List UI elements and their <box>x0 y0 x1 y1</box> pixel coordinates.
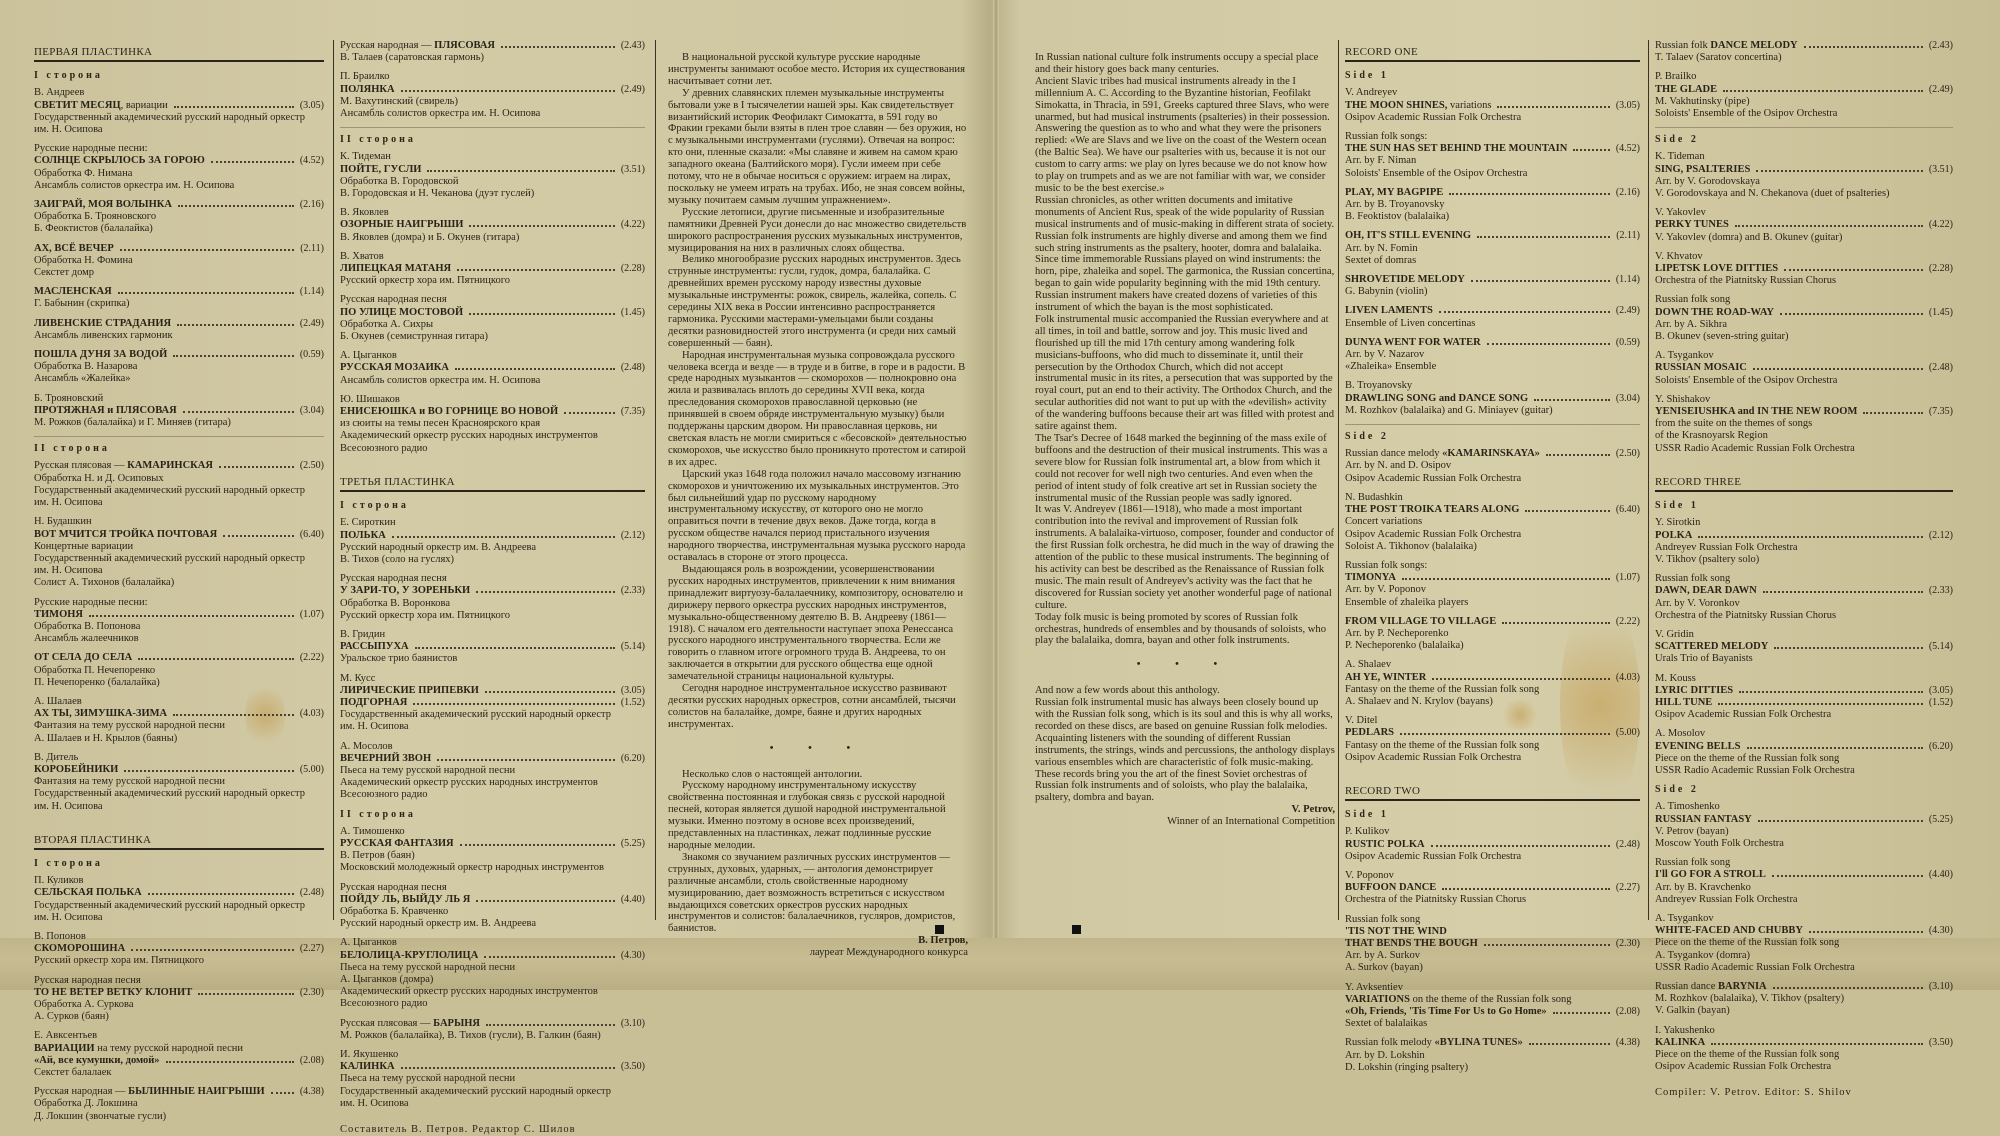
track-title-text: ПОЙТЕ, ГУСЛИ <box>340 164 421 175</box>
track-duration: (4.52) <box>300 155 324 167</box>
track-note: Обработка А. Сихры <box>340 319 645 331</box>
track-title: Russian folk DANCE MELODY <box>1655 40 1798 52</box>
leader-dots <box>124 770 294 772</box>
signature-title: лауреат Международного конкурса <box>810 947 968 958</box>
track-note: Государственный академический русский на… <box>34 900 324 912</box>
track-duration: (0.59) <box>300 349 324 361</box>
track-duration: (5.00) <box>300 764 324 776</box>
track-duration: (3.04) <box>1616 393 1640 405</box>
track-composer: Е. Сироткин <box>340 517 645 529</box>
track-title-row: СОЛНЦЕ СКРЫЛОСЬ ЗА ГОРОЮ(4.52) <box>34 155 324 167</box>
track-composer: V. Ditel <box>1345 715 1640 727</box>
track-title: DUNYA WENT FOR WATER <box>1345 337 1481 349</box>
track-note: Русский оркестр хора им. Пятницкого <box>34 955 324 967</box>
side-label: I сторона <box>34 858 324 870</box>
track-composer: В. Дитель <box>34 752 324 764</box>
track-title-text: SHROVETIDE MELODY <box>1345 274 1465 285</box>
track-duration: (5.00) <box>1616 727 1640 739</box>
track-composer: А. Цыганков <box>340 350 645 362</box>
track-title-row: РАССЫПУХА(5.14) <box>340 641 645 653</box>
track-note: Arr. by A. Surkov <box>1345 950 1640 962</box>
track-entry: Russian folk songDOWN THE ROAD-WAY(1.45)… <box>1655 294 1953 343</box>
track-title-text: BARYNIA <box>1718 981 1767 990</box>
track-title: THE SUN HAS SET BEHIND THE MOUNTAIN <box>1345 143 1567 155</box>
track-title: THE POST TROIKA TEARS ALONG <box>1345 504 1519 516</box>
track-composer: Russian folk songs: <box>1345 560 1640 572</box>
leader-dots <box>437 759 615 761</box>
track-entry: Б. ТрояновскийПРОТЯЖНАЯ и ПЛЯСОВАЯ(3.04)… <box>34 393 324 430</box>
track-duration: (7.35) <box>1929 406 1953 418</box>
track-composer: B. Troyanovsky <box>1345 380 1640 392</box>
track-title: ОЗОРНЫЕ НАИГРЫШИ <box>340 219 463 231</box>
leader-dots <box>392 536 615 538</box>
track-entry: ПОШЛА ДУНЯ ЗА ВОДОЙ(0.59)Обработка В. На… <box>34 349 324 386</box>
track-title-text: RUSTIC POLKA <box>1345 839 1425 850</box>
track-duration: (4.22) <box>1929 219 1953 231</box>
track-title-text: ВЕЧЕРНИЙ ЗВОН <box>340 753 431 764</box>
track-composer: N. Budashkin <box>1345 492 1640 504</box>
track-note: Б. Феоктистов (балалайка) <box>34 223 324 235</box>
leader-dots <box>1477 236 1610 238</box>
track-composer: А. Мосолов <box>340 741 645 753</box>
track-title-text: У ЗАРИ-ТО, У ЗОРЕНЬКИ <box>340 585 470 596</box>
track-title-row: AH YE, WINTER(4.03) <box>1345 672 1640 684</box>
track-title-row: Russian dance BARYNIA(3.10) <box>1655 981 1953 990</box>
track-note: Ансамбль солистов оркестра им. Н. Осипов… <box>340 375 645 387</box>
track-note: из сюиты на темы песен Красноярского кра… <box>340 418 645 430</box>
leader-dots <box>118 292 294 294</box>
track-entry: Russian folk songs:TIMONYA(1.07)Arr. by … <box>1345 560 1640 609</box>
track-title: ПРОТЯЖНАЯ и ПЛЯСОВАЯ <box>34 405 177 417</box>
track-duration: (7.35) <box>621 406 645 418</box>
track-entry: В. ГридинРАССЫПУХА(5.14)Уральское трио б… <box>340 629 645 666</box>
track-title: DRAWLING SONG and DANCE SONG <box>1345 393 1528 405</box>
track-composer: В. Яковлев <box>340 207 645 219</box>
track-composer: Б. Трояновский <box>34 393 324 405</box>
track-note: Soloists' Ensemble of the Osipov Orchest… <box>1345 168 1640 180</box>
track-composer: П. Браилко <box>340 71 645 83</box>
track-title-row: КОРОБЕЙНИКИ(5.00) <box>34 764 324 776</box>
track-duration: (5.25) <box>621 838 645 850</box>
track-composer: A. Tsygankov <box>1655 350 1953 362</box>
track-title-row: СЕЛЬСКАЯ ПОЛЬКА(2.48) <box>34 887 324 899</box>
track-title-text: DANCE MELODY <box>1710 40 1797 51</box>
leader-dots <box>469 313 615 315</box>
spacer <box>1345 771 1640 779</box>
track-note: Concert variations <box>1345 516 1640 528</box>
track-composer: Russian folk song <box>1655 857 1953 869</box>
track-duration: (1.14) <box>300 286 324 298</box>
track-duration: (2.16) <box>1616 187 1640 199</box>
track-duration: (4.03) <box>1616 672 1640 684</box>
track-note: Arr. by B. Troyanovsky <box>1345 199 1640 211</box>
track-duration: (2.22) <box>300 652 324 664</box>
track-entry: LIVEN LAMENTS(2.49)Ensemble of Liven con… <box>1345 305 1640 329</box>
leader-dots <box>485 691 615 693</box>
track-duration: (6.20) <box>621 753 645 765</box>
track-duration: (5.14) <box>1929 641 1953 653</box>
track-title-text: THE POST TROIKA TEARS ALONG <box>1345 504 1519 515</box>
section-bullets: • • • <box>1035 659 1335 671</box>
track-title: ОТ СЕЛА ДО СЕЛА <box>34 652 132 664</box>
track-entry: V. YakovlevPERKY TUNES(4.22)V. Yakovlev … <box>1655 207 1953 244</box>
track-title: LYRIC DITTIES <box>1655 685 1733 697</box>
leader-dots <box>1502 622 1610 624</box>
signature: V. Petrov,Winner of an International Com… <box>1035 804 1335 828</box>
track-title-row: ПОЙДУ ЛЬ, ВЫЙДУ ЛЬ Я(4.40) <box>340 894 645 906</box>
track-duration: (1.52) <box>1929 697 1953 709</box>
essay-paragraph: Russian chronicles, as other written doc… <box>1035 195 1335 231</box>
essay-paragraph: Today folk music is being promoted by sc… <box>1035 612 1335 648</box>
track-note: Государственный академический русский на… <box>34 485 324 497</box>
track-title-row: ПРОТЯЖНАЯ и ПЛЯСОВАЯ(3.04) <box>34 405 324 417</box>
track-entry: Russian folk DANCE MELODY(2.43)T. Talaev… <box>1655 40 1953 64</box>
track-duration: (2.50) <box>300 460 324 472</box>
en-essay: In Russian national culture folk instrum… <box>1035 52 1335 828</box>
track-title-text: ЛИРИЧЕСКИЕ ПРИПЕВКИ <box>340 685 479 696</box>
track-prefix: Русская плясовая — <box>34 460 127 471</box>
track-note: Fantasy on the theme of the Russian folk… <box>1345 684 1640 696</box>
track-duration: (2.11) <box>1616 230 1640 242</box>
leader-dots <box>1442 888 1610 890</box>
track-title: СВЕТИТ МЕСЯЦ, вариации <box>34 100 168 112</box>
record-heading: ВТОРАЯ ПЛАСТИНКА <box>34 834 324 850</box>
leader-dots <box>211 161 294 163</box>
side-label: Side 2 <box>1345 431 1640 443</box>
leader-dots <box>1402 578 1610 580</box>
track-title-text: PLAY, MY BAGPIPE <box>1345 187 1443 198</box>
registration-mark <box>935 925 944 934</box>
track-note: М. Вахутинский (свирель) <box>340 96 645 108</box>
track-title: ЛИРИЧЕСКИЕ ПРИПЕВКИ <box>340 685 479 697</box>
track-entry: A. TsygankovWHITE-FACED AND CHUBBY(4.30)… <box>1655 913 1953 974</box>
track-note: Обработка П. Нечепоренко <box>34 665 324 677</box>
signature-name: V. Petrov, <box>1035 804 1335 816</box>
side-label: Side 1 <box>1655 500 1953 512</box>
essay-paragraph: And now a few words about this anthology… <box>1035 685 1335 697</box>
track-duration: (2.33) <box>621 585 645 597</box>
leader-dots <box>183 411 294 413</box>
track-duration: (2.48) <box>300 887 324 899</box>
track-composer: А. Шалаев <box>34 696 324 708</box>
track-note: Osipov Academic Russian Folk Orchestra <box>1345 529 1640 541</box>
en-tracklist-column-1: RECORD ONESide 1V. AndreyevTHE MOON SHIN… <box>1345 40 1640 990</box>
track-duration: (3.10) <box>1929 981 1953 990</box>
track-entry: B. TroyanovskyDRAWLING SONG and DANCE SO… <box>1345 380 1640 417</box>
track-composer: Y. Avksentiev <box>1345 982 1640 990</box>
leader-dots <box>455 368 615 370</box>
leader-dots <box>1471 280 1610 282</box>
track-title: AH YE, WINTER <box>1345 672 1426 684</box>
track-title: ПО УЛИЦЕ МОСТОВОЙ <box>340 307 463 319</box>
track-note: Orchestra of the Piatnitsky Russian Chor… <box>1655 275 1953 287</box>
track-duration: (3.04) <box>300 405 324 417</box>
track-title-row: РУССКАЯ МОЗАИКА(2.48) <box>340 362 645 374</box>
track-note: В. Талаев (саратовская гармонь) <box>340 52 645 64</box>
track-duration: (3.05) <box>300 100 324 112</box>
track-title-text: ПО УЛИЦЕ МОСТОВОЙ <box>340 307 463 318</box>
track-entry: Е. СироткинПОЛЬКА(2.12)Русский народный … <box>340 517 645 566</box>
registration-mark <box>1072 925 1081 934</box>
track-entry: A. MosolovEVENING BELLS(6.20)Piece on th… <box>1655 728 1953 777</box>
track-note: Обработка В. Воронкова <box>340 598 645 610</box>
track-title-text: RUSSIAN FANTASY <box>1655 814 1752 825</box>
track-title: МАСЛЕНСКАЯ <box>34 286 112 298</box>
track-entry: Russian folk songDAWN, DEAR DAWN(2.33)Ar… <box>1655 573 1953 622</box>
track-duration: (3.51) <box>621 164 645 176</box>
track-note: Московский молодежный оркестр народных и… <box>340 862 645 874</box>
track-title: RUSTIC POLKA <box>1345 839 1425 851</box>
track-title-text: LIPETSK LOVE DITTIES <box>1655 263 1778 274</box>
leader-dots <box>501 46 615 48</box>
track-title: RUSSIAN FANTASY <box>1655 814 1752 826</box>
track-note: G. Babynin (violin) <box>1345 286 1640 298</box>
track-title-text: КОРОБЕЙНИКИ <box>34 764 118 775</box>
track-note: Уральское трио баянистов <box>340 653 645 665</box>
track-note: В. Городовская и Н. Чеканова (дуэт гусле… <box>340 188 645 200</box>
track-entry: V. KhvatovLIPETSK LOVE DITTIES(2.28)Orch… <box>1655 251 1953 288</box>
track-entry: Russian folk song'TIS NOT THE WINDTHAT B… <box>1345 914 1640 975</box>
track-title-row: PLAY, MY BAGPIPE(2.16) <box>1345 187 1640 199</box>
track-entry: K. TidemanSING, PSALTERIES(3.51)Arr. by … <box>1655 151 1953 200</box>
track-title: СЕЛЬСКАЯ ПОЛЬКА <box>34 887 142 899</box>
track-note: Обработка В. Назарова <box>34 361 324 373</box>
track-title-row: DRAWLING SONG and DANCE SONG(3.04) <box>1345 393 1640 405</box>
track-title-text: «KAMARINSKAYA» <box>1442 448 1540 459</box>
track-title-row: СКОМОРОШИНА(2.27) <box>34 943 324 955</box>
track-composer: Русские народные песни: <box>34 143 324 155</box>
track-title: THAT BENDS THE BOUGH <box>1345 938 1478 950</box>
side-label: Side 1 <box>1345 809 1640 821</box>
track-note: А. Цыганков (домра) <box>340 974 645 986</box>
track-title-text: ОТ СЕЛА ДО СЕЛА <box>34 652 132 663</box>
track-title: ВОТ МЧИТСЯ ТРОЙКА ПОЧТОВАЯ <box>34 529 217 541</box>
track-entry: Н. БудашкинВОТ МЧИТСЯ ТРОЙКА ПОЧТОВАЯ(6.… <box>34 516 324 589</box>
track-note: Обработка В. Городовской <box>340 176 645 188</box>
track-title-text: HILL TUNE <box>1655 697 1712 708</box>
track-title-text: МАСЛЕНСКАЯ <box>34 286 112 297</box>
track-title: РАССЫПУХА <box>340 641 409 653</box>
track-note: Концертные вариации <box>34 541 324 553</box>
leader-dots <box>1573 149 1610 151</box>
track-composer: А. Тимошенко <box>340 826 645 838</box>
leader-dots <box>1739 691 1923 693</box>
leader-dots <box>1484 944 1610 946</box>
track-composer: Russian folk song <box>1655 294 1953 306</box>
track-note: V. Tikhov (psaltery solo) <box>1655 554 1953 566</box>
track-title-row: ЗАИГРАЙ, МОЯ ВОЛЫНКА(2.16) <box>34 199 324 211</box>
track-entry: A. TsygankovRUSSIAN MOSAIC(2.48)Soloists… <box>1655 350 1953 387</box>
side-separator <box>1345 424 1640 425</box>
track-title: DAWN, DEAR DAWN <box>1655 585 1757 597</box>
essay-paragraph: Знакомя со звучанием различных русских и… <box>668 852 968 935</box>
spacer <box>340 462 645 470</box>
essay-paragraph: In Russian national culture folk instrum… <box>1035 52 1335 76</box>
track-title-row: HILL TUNE(1.52) <box>1655 697 1953 709</box>
track-entry: ЗАИГРАЙ, МОЯ ВОЛЫНКА(2.16)Обработка Б. Т… <box>34 199 324 236</box>
track-duration: (2.49) <box>621 84 645 96</box>
track-note: Обработка Б. Трояновского <box>34 211 324 223</box>
track-entry: Русская плясовая — КАМАРИНСКАЯ(2.50)Обра… <box>34 460 324 509</box>
track-title-suffix: , вариации <box>121 100 168 111</box>
track-title-row: ПОЛЯНКА(2.49) <box>340 84 645 96</box>
track-title: ПОЙДУ ЛЬ, ВЫЙДУ ЛЬ Я <box>340 894 470 906</box>
track-prefix: Русская народная — <box>340 40 434 51</box>
track-composer: М. Кусс <box>340 673 645 685</box>
track-entry: В. ЯковлевОЗОРНЫЕ НАИГРЫШИ(4.22)В. Яковл… <box>340 207 645 244</box>
essay-paragraph: Ancient Slavic tribes had musical instru… <box>1035 76 1335 195</box>
track-title-row: АХ ТЫ, ЗИМУШКА-ЗИМА(4.03) <box>34 708 324 720</box>
track-note: Пьеса на тему русской народной песни <box>340 962 645 974</box>
leader-dots <box>1431 845 1610 847</box>
track-title-text: BUFFOON DANCE <box>1345 882 1436 893</box>
leader-dots <box>1780 313 1923 315</box>
track-composer: P. Kulikov <box>1345 826 1640 838</box>
track-note: Arr. by A. Sikhra <box>1655 319 1953 331</box>
track-prefix: Russian dance melody <box>1345 448 1442 459</box>
leader-dots <box>89 615 294 617</box>
track-title-text: THAT BENDS THE BOUGH <box>1345 938 1478 949</box>
track-title-row: SING, PSALTERIES(3.51) <box>1655 164 1953 176</box>
track-entry: Русская народная — ПЛЯСОВАЯ(2.43)В. Тала… <box>340 40 645 64</box>
leader-dots <box>1546 454 1610 456</box>
track-title-row: POLKA(2.12) <box>1655 530 1953 542</box>
track-title-text: ОЗОРНЫЕ НАИГРЫШИ <box>340 219 463 230</box>
track-note: B. Feoktistov (balalaika) <box>1345 211 1640 223</box>
leader-dots <box>1753 368 1923 370</box>
track-duration: (2.49) <box>1929 84 1953 96</box>
track-duration: (2.28) <box>1929 263 1953 275</box>
track-title-text: PERKY TUNES <box>1655 219 1729 230</box>
track-note: им. Н. Осипова <box>34 565 324 577</box>
leader-dots <box>564 412 615 414</box>
track-note: Ансамбль «Жалейка» <box>34 373 324 385</box>
track-duration: (2.22) <box>1616 616 1640 628</box>
track-entry: V. DitelPEDLARS(5.00)Fantasy on the them… <box>1345 715 1640 764</box>
column-rule <box>1648 40 1649 920</box>
track-entry: SHROVETIDE MELODY(1.14)G. Babynin (violi… <box>1345 274 1640 298</box>
track-title-row: ВЕЧЕРНИЙ ЗВОН(6.20) <box>340 753 645 765</box>
leader-dots <box>174 106 294 108</box>
track-entry: А. ТимошенкоРУССКАЯ ФАНТАЗИЯ(5.25)В. Пет… <box>340 826 645 875</box>
track-duration: (2.43) <box>621 40 645 52</box>
track-title-row: SHROVETIDE MELODY(1.14) <box>1345 274 1640 286</box>
track-title: Russian dance BARYNIA <box>1655 981 1767 990</box>
leader-dots <box>1772 875 1923 877</box>
track-entry: OH, IT'S STILL EVENING(2.11)Arr. by N. F… <box>1345 230 1640 267</box>
track-composer: Y. Shishakov <box>1655 394 1953 406</box>
track-duration: (6.20) <box>1929 741 1953 753</box>
track-title: PERKY TUNES <box>1655 219 1729 231</box>
track-note: M. Vakhutinsky (pipe) <box>1655 96 1953 108</box>
track-note: Osipov Academic Russian Folk Orchestra <box>1345 851 1640 863</box>
track-title-row: ОЗОРНЫЕ НАИГРЫШИ(4.22) <box>340 219 645 231</box>
record-heading: RECORD ONE <box>1345 46 1640 62</box>
track-note: Orchestra of the Piatnitsky Russian Chor… <box>1345 894 1640 906</box>
track-duration: (4.52) <box>1616 143 1640 155</box>
track-duration: (6.40) <box>1616 504 1640 516</box>
track-note: В. Петров (баян) <box>340 850 645 862</box>
track-title: РУССКАЯ МОЗАИКА <box>340 362 449 374</box>
track-note: Г. Бабынин (скрипка) <box>34 298 324 310</box>
track-note: Arr. by V. Poponov <box>1345 584 1640 596</box>
track-title: ПОЛЬКА <box>340 530 386 542</box>
track-note: Обработка Н. и Д. Осиповых <box>34 473 324 485</box>
track-title-row: ВОТ МЧИТСЯ ТРОЙКА ПОЧТОВАЯ(6.40) <box>34 529 324 541</box>
track-entry: A. ShalaevAH YE, WINTER(4.03)Fantasy on … <box>1345 659 1640 708</box>
track-title-text: DOWN THE ROAD-WAY <box>1655 307 1774 318</box>
side-label: Side 1 <box>1345 70 1640 82</box>
track-note: from the suite on the themes of songs <box>1655 418 1953 430</box>
track-title: ЗАИГРАЙ, МОЯ ВОЛЫНКА <box>34 199 172 211</box>
leader-dots <box>219 466 294 468</box>
track-duration: (3.51) <box>1929 164 1953 176</box>
track-title-text: СОЛНЦЕ СКРЫЛОСЬ ЗА ГОРОЮ <box>34 155 205 166</box>
leader-dots <box>1863 412 1922 414</box>
track-title-row: ПО УЛИЦЕ МОСТОВОЙ(1.45) <box>340 307 645 319</box>
track-note: Русский оркестр хора им. Пятницкого <box>340 610 645 622</box>
track-title-text: EVENING BELLS <box>1655 741 1741 752</box>
track-title-text: АХ ТЫ, ЗИМУШКА-ЗИМА <box>34 708 167 719</box>
side-label: Side 2 <box>1655 134 1953 146</box>
track-note: Arr. by F. Niman <box>1345 155 1640 167</box>
essay-paragraph: Russian folk instrumental music has alwa… <box>1035 697 1335 733</box>
track-duration: (5.14) <box>621 641 645 653</box>
track-entry: Russian folk songI'll GO FOR A STROLL(4.… <box>1655 857 1953 906</box>
track-composer: Русские народные песни: <box>34 597 324 609</box>
track-duration: (1.45) <box>1929 307 1953 319</box>
track-title-text: БЕЛОЛИЦА-КРУГЛОЛИЦА <box>340 950 478 961</box>
column-rule <box>333 40 334 920</box>
track-note: Обработка Б. Кравченко <box>340 906 645 918</box>
signature: В. Петров,лауреат Международного конкурс… <box>668 935 968 959</box>
track-entry: Russian dance melody «KAMARINSKAYA»(2.50… <box>1345 448 1640 485</box>
track-entry: М. КуссЛИРИЧЕСКИЕ ПРИПЕВКИ(3.05)ПОДГОРНА… <box>340 673 645 734</box>
track-note: Русский оркестр хора им. Пятницкого <box>340 275 645 287</box>
track-title-text: YENISEIUSHKA and IN THE NEW ROOM <box>1655 406 1857 417</box>
track-entry: МАСЛЕНСКАЯ(1.14)Г. Бабынин (скрипка) <box>34 286 324 310</box>
track-entry: Y. ShishakovYENISEIUSHKA and IN THE NEW … <box>1655 394 1953 455</box>
track-title-row: АХ, ВСЁ ВЕЧЕР(2.11) <box>34 243 324 255</box>
track-note: Soloists' Ensemble of the Osipov Orchest… <box>1655 108 1953 120</box>
track-title-row: РУССКАЯ ФАНТАЗИЯ(5.25) <box>340 838 645 850</box>
track-title: SHROVETIDE MELODY <box>1345 274 1465 286</box>
track-note: Urals Trio of Bayanists <box>1655 653 1953 665</box>
track-note: Osipov Academic Russian Folk Orchestra <box>1345 112 1640 124</box>
track-note: Arr. by V. Voronkov <box>1655 598 1953 610</box>
track-title: АХ ТЫ, ЗИМУШКА-ЗИМА <box>34 708 167 720</box>
leader-dots <box>1756 170 1923 172</box>
leader-dots <box>1773 987 1923 989</box>
track-composer: К. Тидеман <box>340 151 645 163</box>
track-note: Andreyev Russian Folk Orchestra <box>1655 894 1953 906</box>
track-duration: (2.27) <box>1616 882 1640 894</box>
leader-dots <box>460 844 615 846</box>
side-label: II сторона <box>340 134 645 146</box>
track-duration: (4.30) <box>621 950 645 962</box>
track-title-row: BUFFOON DANCE(2.27) <box>1345 882 1640 894</box>
track-note: Moscow Youth Folk Orchestra <box>1655 838 1953 850</box>
track-entry: ОТ СЕЛА ДО СЕЛА(2.22)Обработка П. Нечепо… <box>34 652 324 689</box>
track-note: им. Н. Осипова <box>34 912 324 924</box>
leader-dots <box>148 893 294 895</box>
track-prefix: Russian dance <box>1655 981 1718 990</box>
track-title: I'll GO FOR A STROLL <box>1655 869 1766 881</box>
leader-dots <box>1449 193 1610 195</box>
track-title-row: EVENING BELLS(6.20) <box>1655 741 1953 753</box>
track-title-row: ОТ СЕЛА ДО СЕЛА(2.22) <box>34 652 324 664</box>
track-composer: П. Куликов <box>34 875 324 887</box>
